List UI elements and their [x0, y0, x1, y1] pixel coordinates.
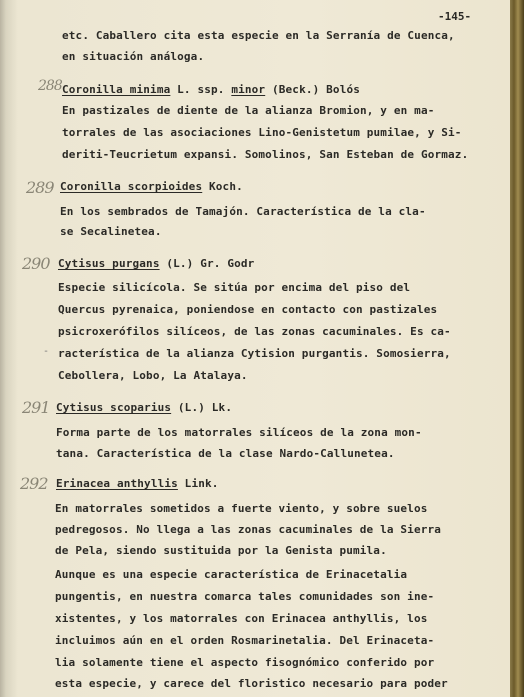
- handwritten-entry-number: 289: [26, 178, 54, 197]
- species-author: Koch.: [202, 180, 243, 193]
- entry-text-line: racterística de la alianza Cytision purg…: [58, 347, 451, 360]
- entry-text-line: Especie silicícola. Se sitúa por encima …: [58, 281, 410, 294]
- entry-text-line: pungentis, en nuestra comarca tales comu…: [55, 590, 434, 603]
- entry-heading: Erinacea anthyllis Link.: [56, 477, 219, 490]
- intro-line: etc. Caballero cita esta especie en la S…: [62, 29, 455, 42]
- species-name: Coronilla minima: [62, 83, 170, 96]
- entry-text-line: deriti-Teucrietum expansi. Somolinos, Sa…: [62, 148, 468, 161]
- entry-text-line: xistentes, y los matorrales con Erinacea…: [55, 612, 428, 625]
- subspecies-author: (Beck.) Bolós: [265, 83, 360, 96]
- species-name: Coronilla scorpioides: [60, 180, 202, 193]
- handwritten-entry-number: 291: [22, 398, 50, 417]
- entry-text-line: esta especie, y carece del floristico ne…: [55, 677, 448, 690]
- handwritten-entry-number: 292: [20, 474, 48, 493]
- entry-text-line: de Pela, siendo sustituida por la Genist…: [55, 544, 387, 557]
- species-author: (L.) Gr. Godr: [160, 257, 255, 270]
- entry-text-line: incluimos aún en el orden Rosmarinetalia…: [55, 634, 434, 647]
- species-author: Link.: [178, 477, 219, 490]
- entry-text-line: Cebollera, Lobo, La Atalaya.: [58, 369, 248, 382]
- species-name: Cytisus purgans: [58, 257, 160, 270]
- entry-heading: Cytisus scoparius (L.) Lk.: [56, 401, 232, 414]
- entry-heading: Cytisus purgans (L.) Gr. Godr: [58, 257, 254, 270]
- entry-text-line: Forma parte de los matorrales silíceos d…: [56, 426, 422, 439]
- entry-text-line: Aunque es una especie característica de …: [55, 568, 407, 581]
- entry-text-line: lia solamente tiene el aspecto fisognómi…: [55, 656, 434, 669]
- entry-text-line: En matorrales sometidos a fuerte viento,…: [55, 502, 428, 515]
- entry-text-line: torrales de las asociaciones Lino-Genist…: [62, 126, 462, 139]
- entry-text-line: psicroxerófilos silíceos, de las zonas c…: [58, 325, 451, 338]
- species-author: L. ssp.: [170, 83, 231, 96]
- species-name: Cytisus scoparius: [56, 401, 171, 414]
- handwritten-entry-number: 288: [38, 78, 62, 94]
- subspecies-name: minor: [231, 83, 265, 96]
- book-spine-edge: [510, 0, 524, 697]
- handwritten-entry-number: 290: [22, 254, 50, 273]
- margin-mark: -: [43, 346, 49, 357]
- entry-text-line: Quercus pyrenaica, poniendose en contact…: [58, 303, 437, 316]
- entry-text-line: se Secalinetea.: [60, 225, 162, 238]
- entry-text-line: tana. Característica de la clase Nardo-C…: [56, 447, 395, 460]
- page-number: -145-: [438, 10, 471, 23]
- species-name: Erinacea anthyllis: [56, 477, 178, 490]
- entry-heading: Coronilla minima L. ssp. minor (Beck.) B…: [62, 83, 360, 96]
- entry-text-line: En los sembrados de Tamajón. Característ…: [60, 205, 426, 218]
- intro-line: en situación análoga.: [62, 50, 204, 63]
- entry-text-line: pedregosos. No llega a las zonas cacumin…: [55, 523, 441, 536]
- entry-heading: Coronilla scorpioides Koch.: [60, 180, 243, 193]
- species-author: (L.) Lk.: [171, 401, 232, 414]
- entry-text-line: En pastizales de diente de la alianza Br…: [62, 104, 435, 117]
